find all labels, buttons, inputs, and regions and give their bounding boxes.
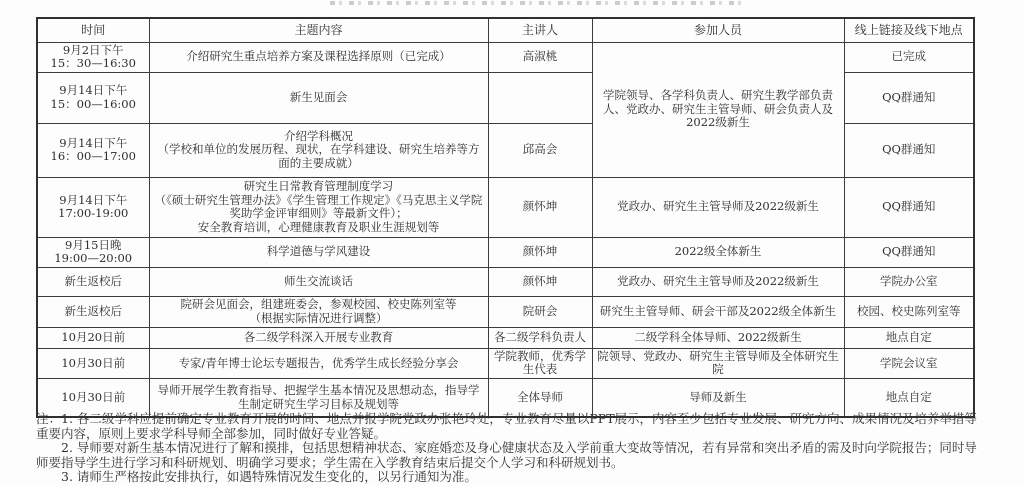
cell-time: 9月15日晚 19:00—20:00 [37,237,149,267]
cell-participants: 二级学科全体导师、2022级新生 [592,327,844,348]
footnote-1: 注：1. 各二级学科应提前确定专业教育开展的时间、地点并报学院党政办张艳玲处，专… [36,412,986,441]
table-row: 9月14日下午 17:00-19:00 研究生日常教育管理制度学习 （《硕士研究… [37,177,974,237]
table-row: 10月30日前 专家/青年博士论坛专题报告，优秀学生成长经验分享会 学院教师，优… [37,348,974,378]
footnote-2: 2. 导师要对新生基本情况进行了解和摸排，包括思想精神状态、家庭婚恋及身心健康状… [36,441,986,470]
cell-topic: 介绍研究生重点培养方案及课程选择原则（已完成） [149,42,488,72]
cell-time: 新生返校后 [37,267,149,296]
cell-topic: 研究生日常教育管理制度学习 （《硕士研究生管理办法》《学生管理工作规定》《马克思… [149,177,488,237]
cell-location: QQ群通知 [844,123,974,177]
cell-topic: 各二级学科深入开展专业教育 [149,327,488,348]
cell-speaker: 颜怀坤 [488,267,592,296]
cell-topic: 院研会见面会，组建班委会，参观校园、校史陈列室等 （根据实际情况进行调整） [149,296,488,327]
cell-participants-merged: 学院领导、各学科负责人、研究生教学部负责人、党政办、研究生主管导师、研会负责人及… [592,42,844,177]
cell-time: 9月14日下午 16：00—17:00 [37,123,149,177]
cell-topic: 专家/青年博士论坛专题报告，优秀学生成长经验分享会 [149,348,488,378]
cropped-title-fragment [330,1,745,5]
footnotes: 注：1. 各二级学科应提前确定专业教育开展的时间、地点并报学院党政办张艳玲处，专… [36,412,986,485]
cell-speaker [488,72,592,123]
cell-topic: 介绍学科概况 （学校和单位的发展历程、现状，在学科建设、研究生培养等方面的主要成… [149,123,488,177]
cell-participants: 2022级全体新生 [592,237,844,267]
header-time: 时间 [37,18,149,42]
cell-speaker: 院研会 [488,296,592,327]
table-row: 9月15日晚 19:00—20:00 科学道德与学风建设 颜怀坤 2022级全体… [37,237,974,267]
cell-time: 10月30日前 [37,348,149,378]
cell-location: 校园、校史陈列室等 [844,296,974,327]
schedule-table: 时间 主题内容 主讲人 参加人员 线上链接及线下地点 9月2日下午 15：30—… [36,17,975,418]
cell-location: 学院会议室 [844,348,974,378]
table-row: 10月20日前 各二级学科深入开展专业教育 各二级学科负责人 二级学科全体导师、… [37,327,974,348]
cell-location: 学院办公室 [844,267,974,296]
cell-participants: 党政办、研究生主管导师及2022级新生 [592,177,844,237]
table-row: 新生返校后 师生交流谈话 颜怀坤 党政办、研究生主管导师及2022级新生 学院办… [37,267,974,296]
cell-time: 9月14日下午 15：00—16:00 [37,72,149,123]
table-row: 9月2日下午 15：30—16:30 介绍研究生重点培养方案及课程选择原则（已完… [37,42,974,72]
cell-time: 9月2日下午 15：30—16:30 [37,42,149,72]
cell-speaker: 学院教师，优秀学生代表 [488,348,592,378]
cell-location: QQ群通知 [844,72,974,123]
table-header-row: 时间 主题内容 主讲人 参加人员 线上链接及线下地点 [37,18,974,42]
cell-speaker: 各二级学科负责人 [488,327,592,348]
table-row: 新生返校后 院研会见面会，组建班委会，参观校园、校史陈列室等 （根据实际情况进行… [37,296,974,327]
header-speaker: 主讲人 [488,18,592,42]
header-location: 线上链接及线下地点 [844,18,974,42]
footnote-3: 3. 请师生严格按此安排执行，如遇特殊情况发生变化的，以另行通知为准。 [36,470,986,485]
cell-location: QQ群通知 [844,177,974,237]
cell-time: 新生返校后 [37,296,149,327]
cell-speaker: 高淑桃 [488,42,592,72]
cell-time: 9月14日下午 17:00-19:00 [37,177,149,237]
cell-time: 10月20日前 [37,327,149,348]
cell-speaker: 颜怀坤 [488,237,592,267]
header-participants: 参加人员 [592,18,844,42]
cell-participants: 院领导、党政办、研究生主管导师及全体研究生院 [592,348,844,378]
document-page: 时间 主题内容 主讲人 参加人员 线上链接及线下地点 9月2日下午 15：30—… [0,0,1024,486]
cell-location: 已完成 [844,42,974,72]
cell-topic: 师生交流谈话 [149,267,488,296]
cell-topic: 科学道德与学风建设 [149,237,488,267]
cell-participants: 研究生主管导师、研会干部及2022级全体新生 [592,296,844,327]
cell-participants: 党政办、研究生主管导师及2022级新生 [592,267,844,296]
cell-speaker: 颜怀坤 [488,177,592,237]
header-topic: 主题内容 [149,18,488,42]
cell-location: QQ群通知 [844,237,974,267]
cell-location: 地点自定 [844,327,974,348]
cell-topic: 新生见面会 [149,72,488,123]
cell-speaker: 邱高会 [488,123,592,177]
